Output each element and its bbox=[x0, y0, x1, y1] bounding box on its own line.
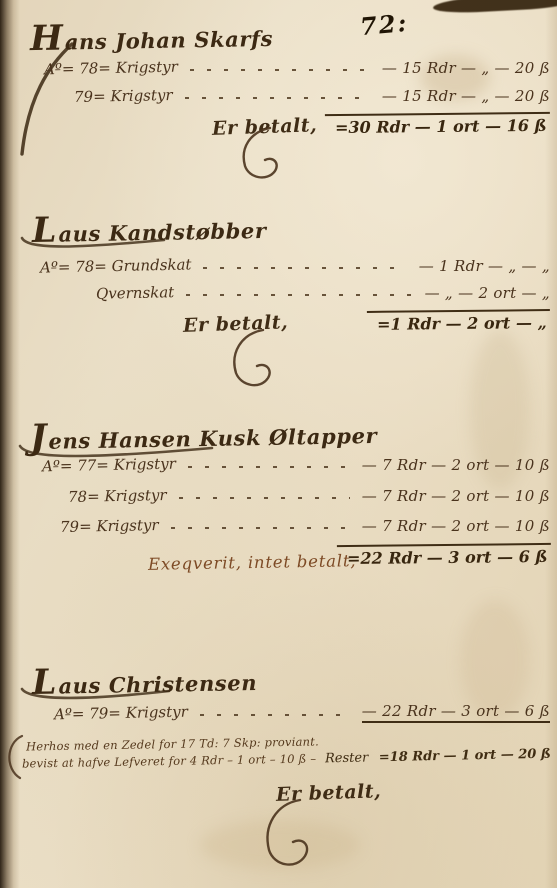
tax-amount: — 15 Rdr — „ — 20 ß bbox=[382, 87, 550, 105]
tax-label: 79= Krigstyr bbox=[74, 86, 173, 106]
tax-amount: — 7 Rdr — 2 ort — 10 ß bbox=[362, 456, 550, 474]
tax-row: 79= Krigstyr — 7 Rdr — 2 ort — 10 ß bbox=[60, 517, 550, 535]
rester-label: Rester bbox=[325, 750, 369, 766]
dotted-leader bbox=[200, 714, 350, 716]
tax-label: 78= Krigstyr bbox=[68, 486, 167, 506]
tax-row: 78= Krigstyr — 7 Rdr — 2 ort — 10 ß bbox=[68, 487, 550, 505]
rester-row: Rester =18 Rdr — 1 ort — 20 ß bbox=[325, 747, 551, 767]
entry-name: Hans Johan Skarfs bbox=[30, 14, 274, 59]
dotted-leader bbox=[185, 97, 370, 99]
tax-row: Qvernskat — „ — 2 ort — „ bbox=[96, 284, 550, 302]
entry-name: Laus Christensen bbox=[32, 658, 258, 703]
dotted-leader bbox=[186, 294, 412, 296]
total-amount: =30 Rdr — 1 ort — 16 ß bbox=[325, 112, 550, 137]
paid-label: Er betalt, bbox=[276, 780, 382, 806]
tax-label: Aº= 77= Krigstyr bbox=[42, 455, 176, 476]
tax-row: Aº= 79= Krigstyr — 22 Rdr — 3 ort — 6 ß bbox=[54, 702, 550, 723]
tax-amount: — 15 Rdr — „ — 20 ß bbox=[382, 59, 550, 77]
tax-amount: — „ — 2 ort — „ bbox=[425, 284, 550, 302]
dotted-leader bbox=[188, 466, 350, 468]
pen-flourish-icon bbox=[226, 326, 276, 390]
binding-gutter-shadow bbox=[0, 0, 20, 888]
paid-label: Er betalt, bbox=[183, 311, 289, 337]
entry-name: Jens Hansen Kusk Øltapper bbox=[30, 411, 378, 458]
ink-smudge bbox=[433, 0, 557, 14]
entry-name: Laus Kandstøbber bbox=[32, 206, 267, 251]
execution-note: Exeqverit, intet betalt, bbox=[148, 551, 357, 574]
memo-line: Herhos med en Zedel for 17 Td: 7 Skp: pr… bbox=[26, 734, 319, 753]
total-amount: =22 Rdr — 3 ort — 6 ß bbox=[336, 543, 550, 568]
page-number: 72: bbox=[359, 8, 410, 41]
paper-stain bbox=[200, 820, 360, 870]
rester-amount: =18 Rdr — 1 ort — 20 ß bbox=[379, 747, 551, 766]
tax-amount: — 1 Rdr — „ — „ bbox=[419, 257, 550, 275]
tax-label: 79= Krigstyr bbox=[60, 516, 159, 536]
tax-row: Aº= 77= Krigstyr — 7 Rdr — 2 ort — 10 ß bbox=[42, 456, 550, 474]
tax-row: Aº= 78= Grundskat — 1 Rdr — „ — „ bbox=[40, 257, 550, 275]
tax-row: Aº= 78= Krigstyr — 15 Rdr — „ — 20 ß bbox=[44, 59, 550, 77]
total-amount: =1 Rdr — 2 ort — „ bbox=[367, 309, 550, 334]
dotted-leader bbox=[171, 527, 350, 529]
dotted-leader bbox=[203, 267, 406, 269]
tax-row: 79= Krigstyr — 15 Rdr — „ — 20 ß bbox=[74, 87, 550, 105]
manuscript-page: 72: Hans Johan Skarfs Aº= 78= Krigstyr —… bbox=[0, 0, 557, 888]
dotted-leader bbox=[179, 497, 350, 499]
tax-amount: — 7 Rdr — 2 ort — 10 ß bbox=[362, 487, 550, 505]
dotted-leader bbox=[190, 69, 370, 71]
tax-label: Qvernskat bbox=[96, 283, 175, 303]
tax-amount: — 22 Rdr — 3 ort — 6 ß bbox=[362, 702, 550, 723]
tax-label: Aº= 79= Krigstyr bbox=[54, 702, 188, 723]
memo-line: bevist at hafve Lefveret for 4 Rdr – 1 o… bbox=[22, 751, 316, 770]
tax-amount: — 7 Rdr — 2 ort — 10 ß bbox=[362, 517, 550, 535]
paid-label: Er betalt, bbox=[212, 114, 318, 140]
tax-label: Aº= 78= Krigstyr bbox=[44, 58, 178, 79]
tax-label: Aº= 78= Grundskat bbox=[40, 255, 192, 276]
